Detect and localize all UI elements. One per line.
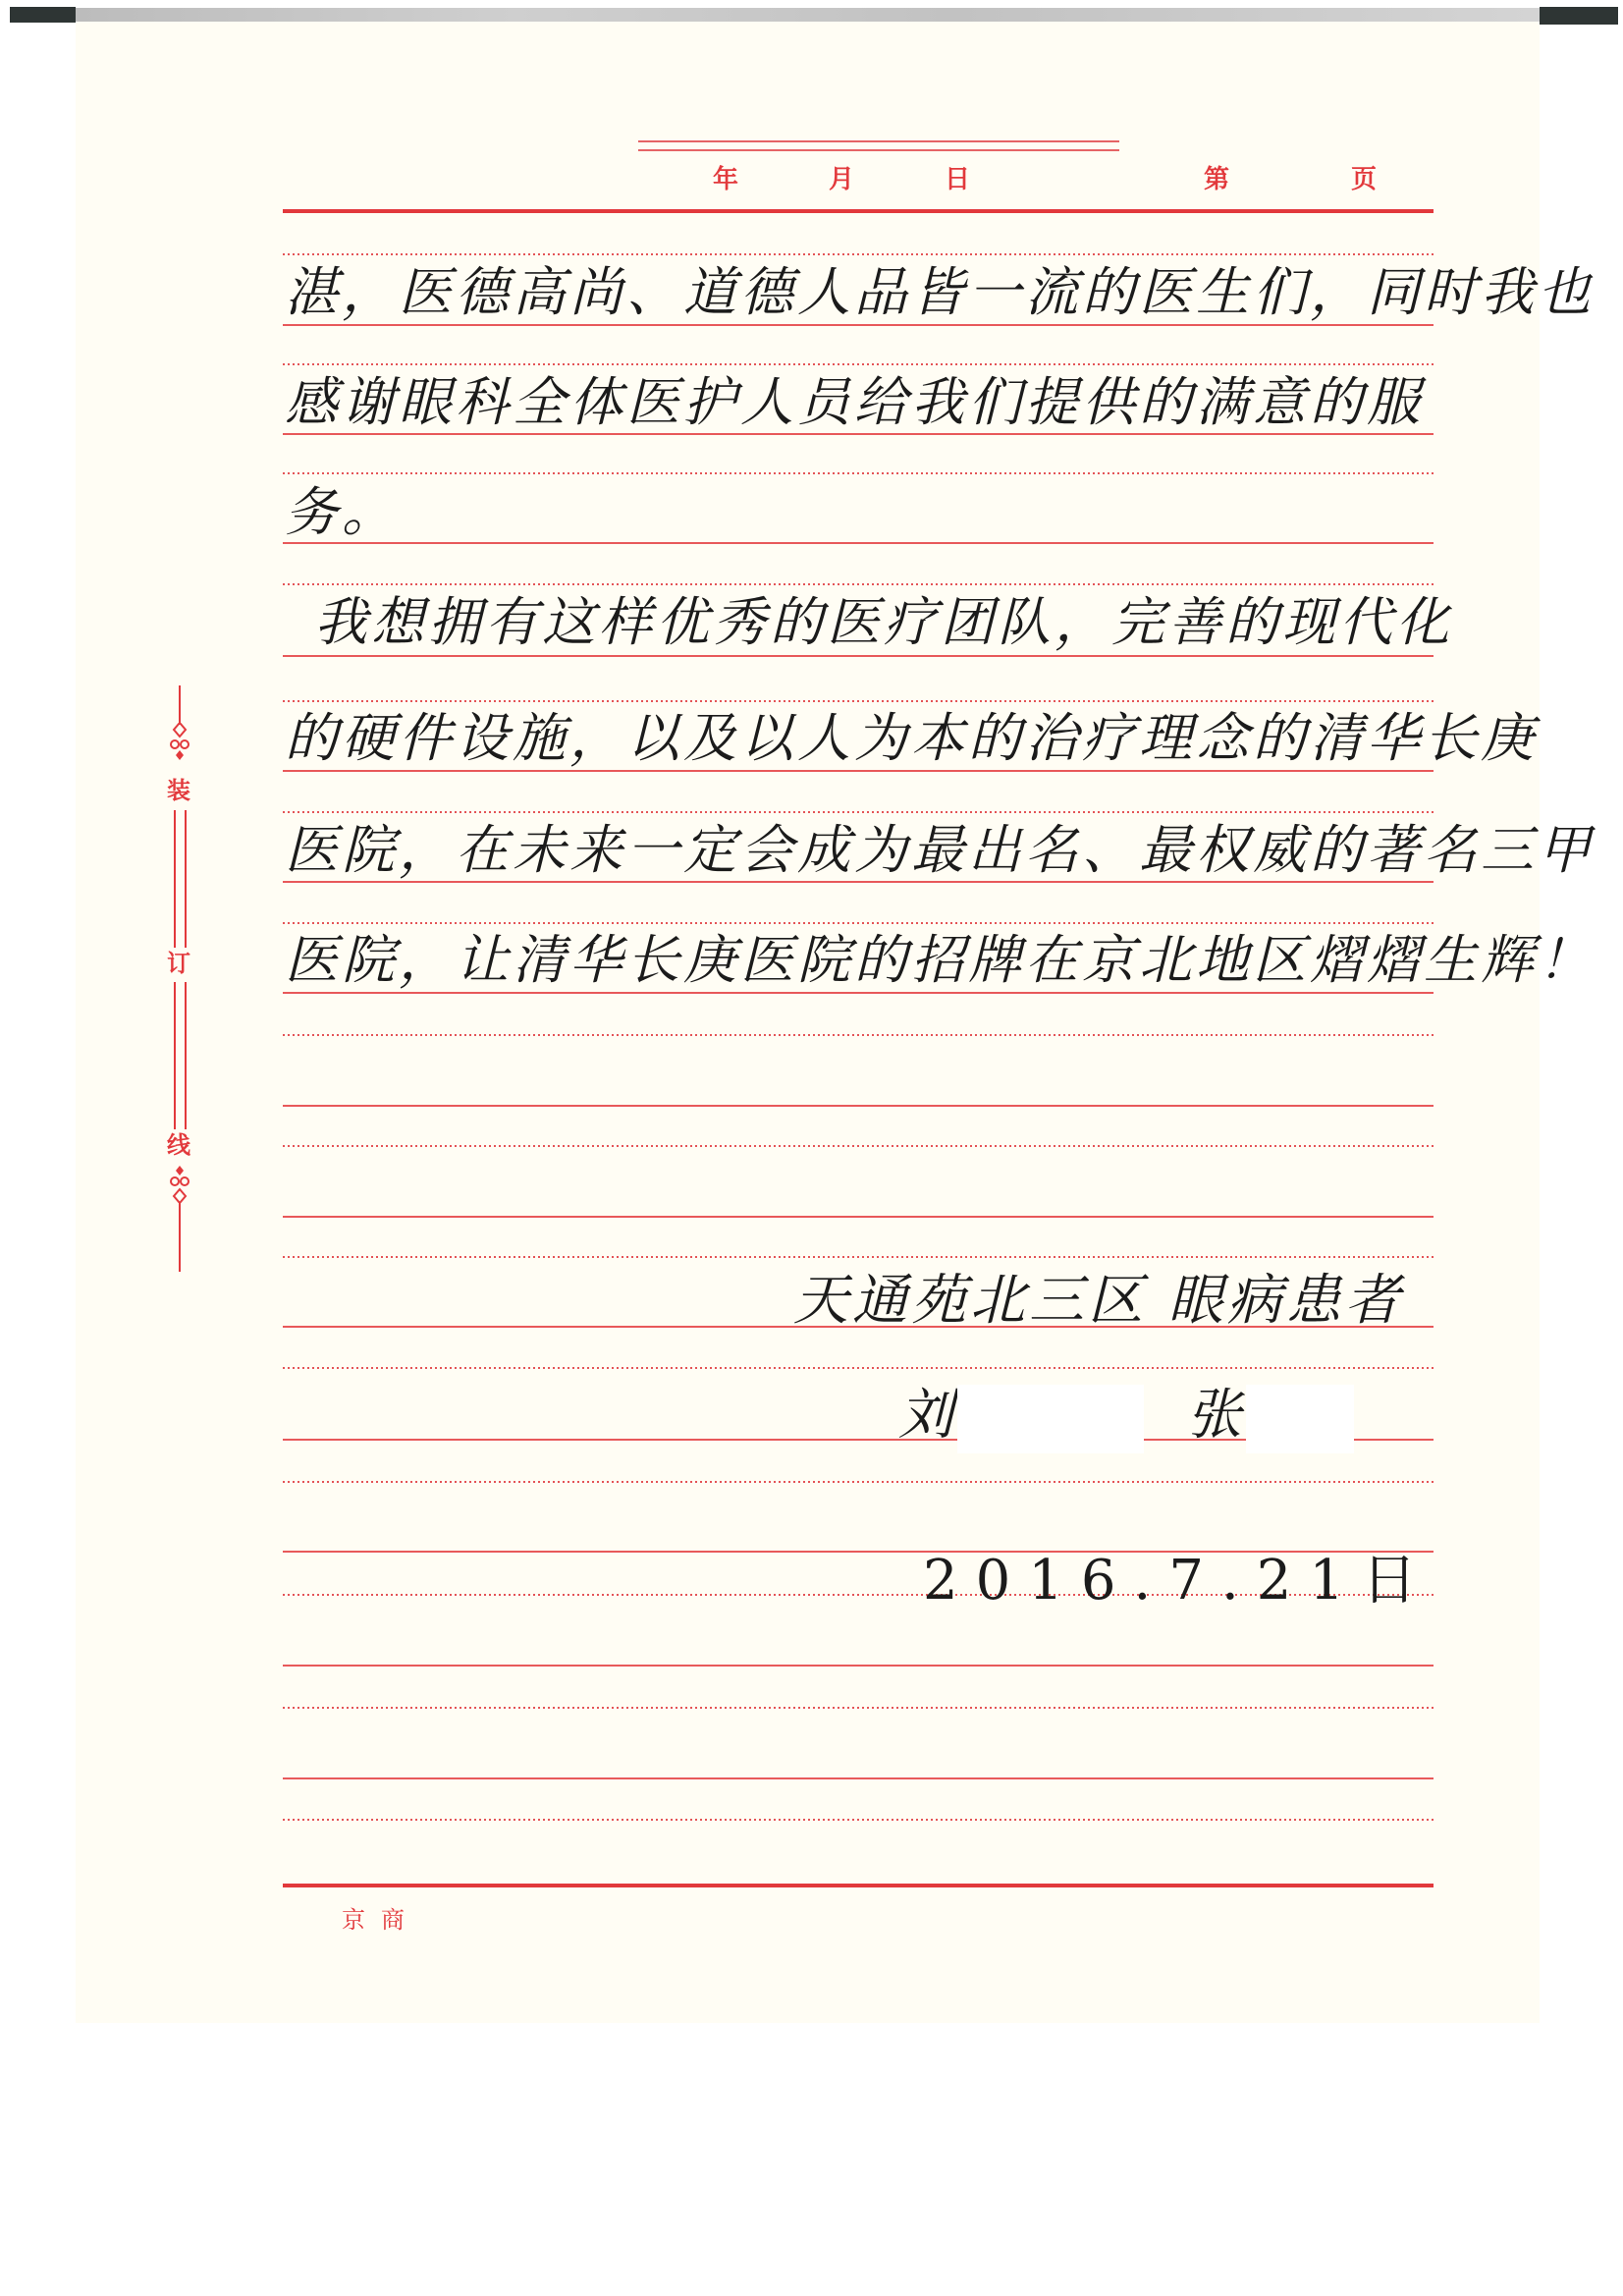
header-page-suffix: 页 (1351, 165, 1377, 194)
header-page-prefix: 第 (1204, 165, 1229, 194)
margin-char-ding: 订 (167, 951, 190, 976)
margin-line (179, 1203, 181, 1272)
rule-solid (283, 542, 1434, 544)
handwritten-line: 医院，让清华长庚医院的招牌在京北地区熠熠生辉！ (285, 931, 1595, 990)
rule-dotted (283, 922, 1434, 924)
handwritten-line: 医院，在未来一定会成为最出名、最权威的著名三甲 (285, 821, 1595, 880)
rule-solid (283, 1777, 1434, 1779)
rule-dotted (283, 700, 1434, 702)
scan-edge-top (76, 8, 1540, 22)
header-double-rule-bottom (638, 149, 1119, 151)
rule-dotted (283, 1145, 1434, 1147)
footer-rule (283, 1884, 1434, 1887)
rule-dotted (283, 472, 1434, 474)
rule-dotted (283, 811, 1434, 813)
rule-dotted (283, 583, 1434, 585)
signature-name-2: 张 (1187, 1384, 1246, 1448)
rule-solid (283, 1216, 1434, 1218)
header-rule (283, 209, 1434, 213)
margin-line (174, 810, 176, 948)
rule-dotted (283, 1034, 1434, 1036)
handwritten-line: 我想拥有这样优秀的医疗团队，完善的现代化 (314, 593, 1453, 652)
rule-dotted (283, 253, 1434, 255)
rule-dotted (283, 1707, 1434, 1709)
handwritten-line: 务。 (285, 483, 399, 542)
rule-solid (283, 1105, 1434, 1107)
rule-dotted (283, 1481, 1434, 1483)
handwritten-line: 感谢眼科全体医护人员给我们提供的满意的服 (285, 373, 1424, 432)
header-year-label: 年 (713, 165, 738, 194)
rule-solid (283, 881, 1434, 883)
header-double-rule-top (638, 140, 1119, 142)
margin-line (174, 982, 176, 1129)
header-day-label: 日 (945, 165, 970, 194)
redaction-block (957, 1385, 1144, 1453)
scan-edge-right (1540, 7, 1618, 25)
ornament-icon (169, 723, 190, 762)
signature-affiliation: 天通苑北三区 眼病患者 (793, 1272, 1404, 1331)
rule-solid (283, 655, 1434, 657)
margin-line (185, 982, 187, 1129)
margin-line (179, 685, 181, 725)
handwritten-line: 湛，医德高尚、道德人品皆一流的医生们，同时我也 (285, 263, 1595, 322)
rule-dotted (283, 1819, 1434, 1821)
rule-dotted (283, 1367, 1434, 1369)
publisher-mark: 京商 (342, 1900, 420, 1935)
rule-solid (283, 770, 1434, 772)
handwritten-line: 的硬件设施，以及以人为本的治疗理念的清华长庚 (285, 709, 1538, 768)
ornament-icon (169, 1164, 190, 1203)
rule-solid (283, 324, 1434, 326)
rule-dotted (283, 1256, 1434, 1258)
signature-names: 刘 张 (898, 1385, 1354, 1453)
redaction-block (1246, 1385, 1354, 1453)
signature-date: 2016.7.21日 (923, 1552, 1434, 1611)
margin-line (185, 810, 187, 948)
signature-name-1: 刘 (898, 1384, 957, 1448)
rule-solid (283, 992, 1434, 994)
margin-char-zhuang: 装 (167, 778, 190, 803)
rule-dotted (283, 363, 1434, 365)
scan-edge-left (10, 7, 76, 23)
margin-char-xian: 线 (167, 1132, 190, 1158)
rule-solid (283, 433, 1434, 435)
rule-solid (283, 1665, 1434, 1667)
header-month-label: 月 (829, 165, 854, 194)
